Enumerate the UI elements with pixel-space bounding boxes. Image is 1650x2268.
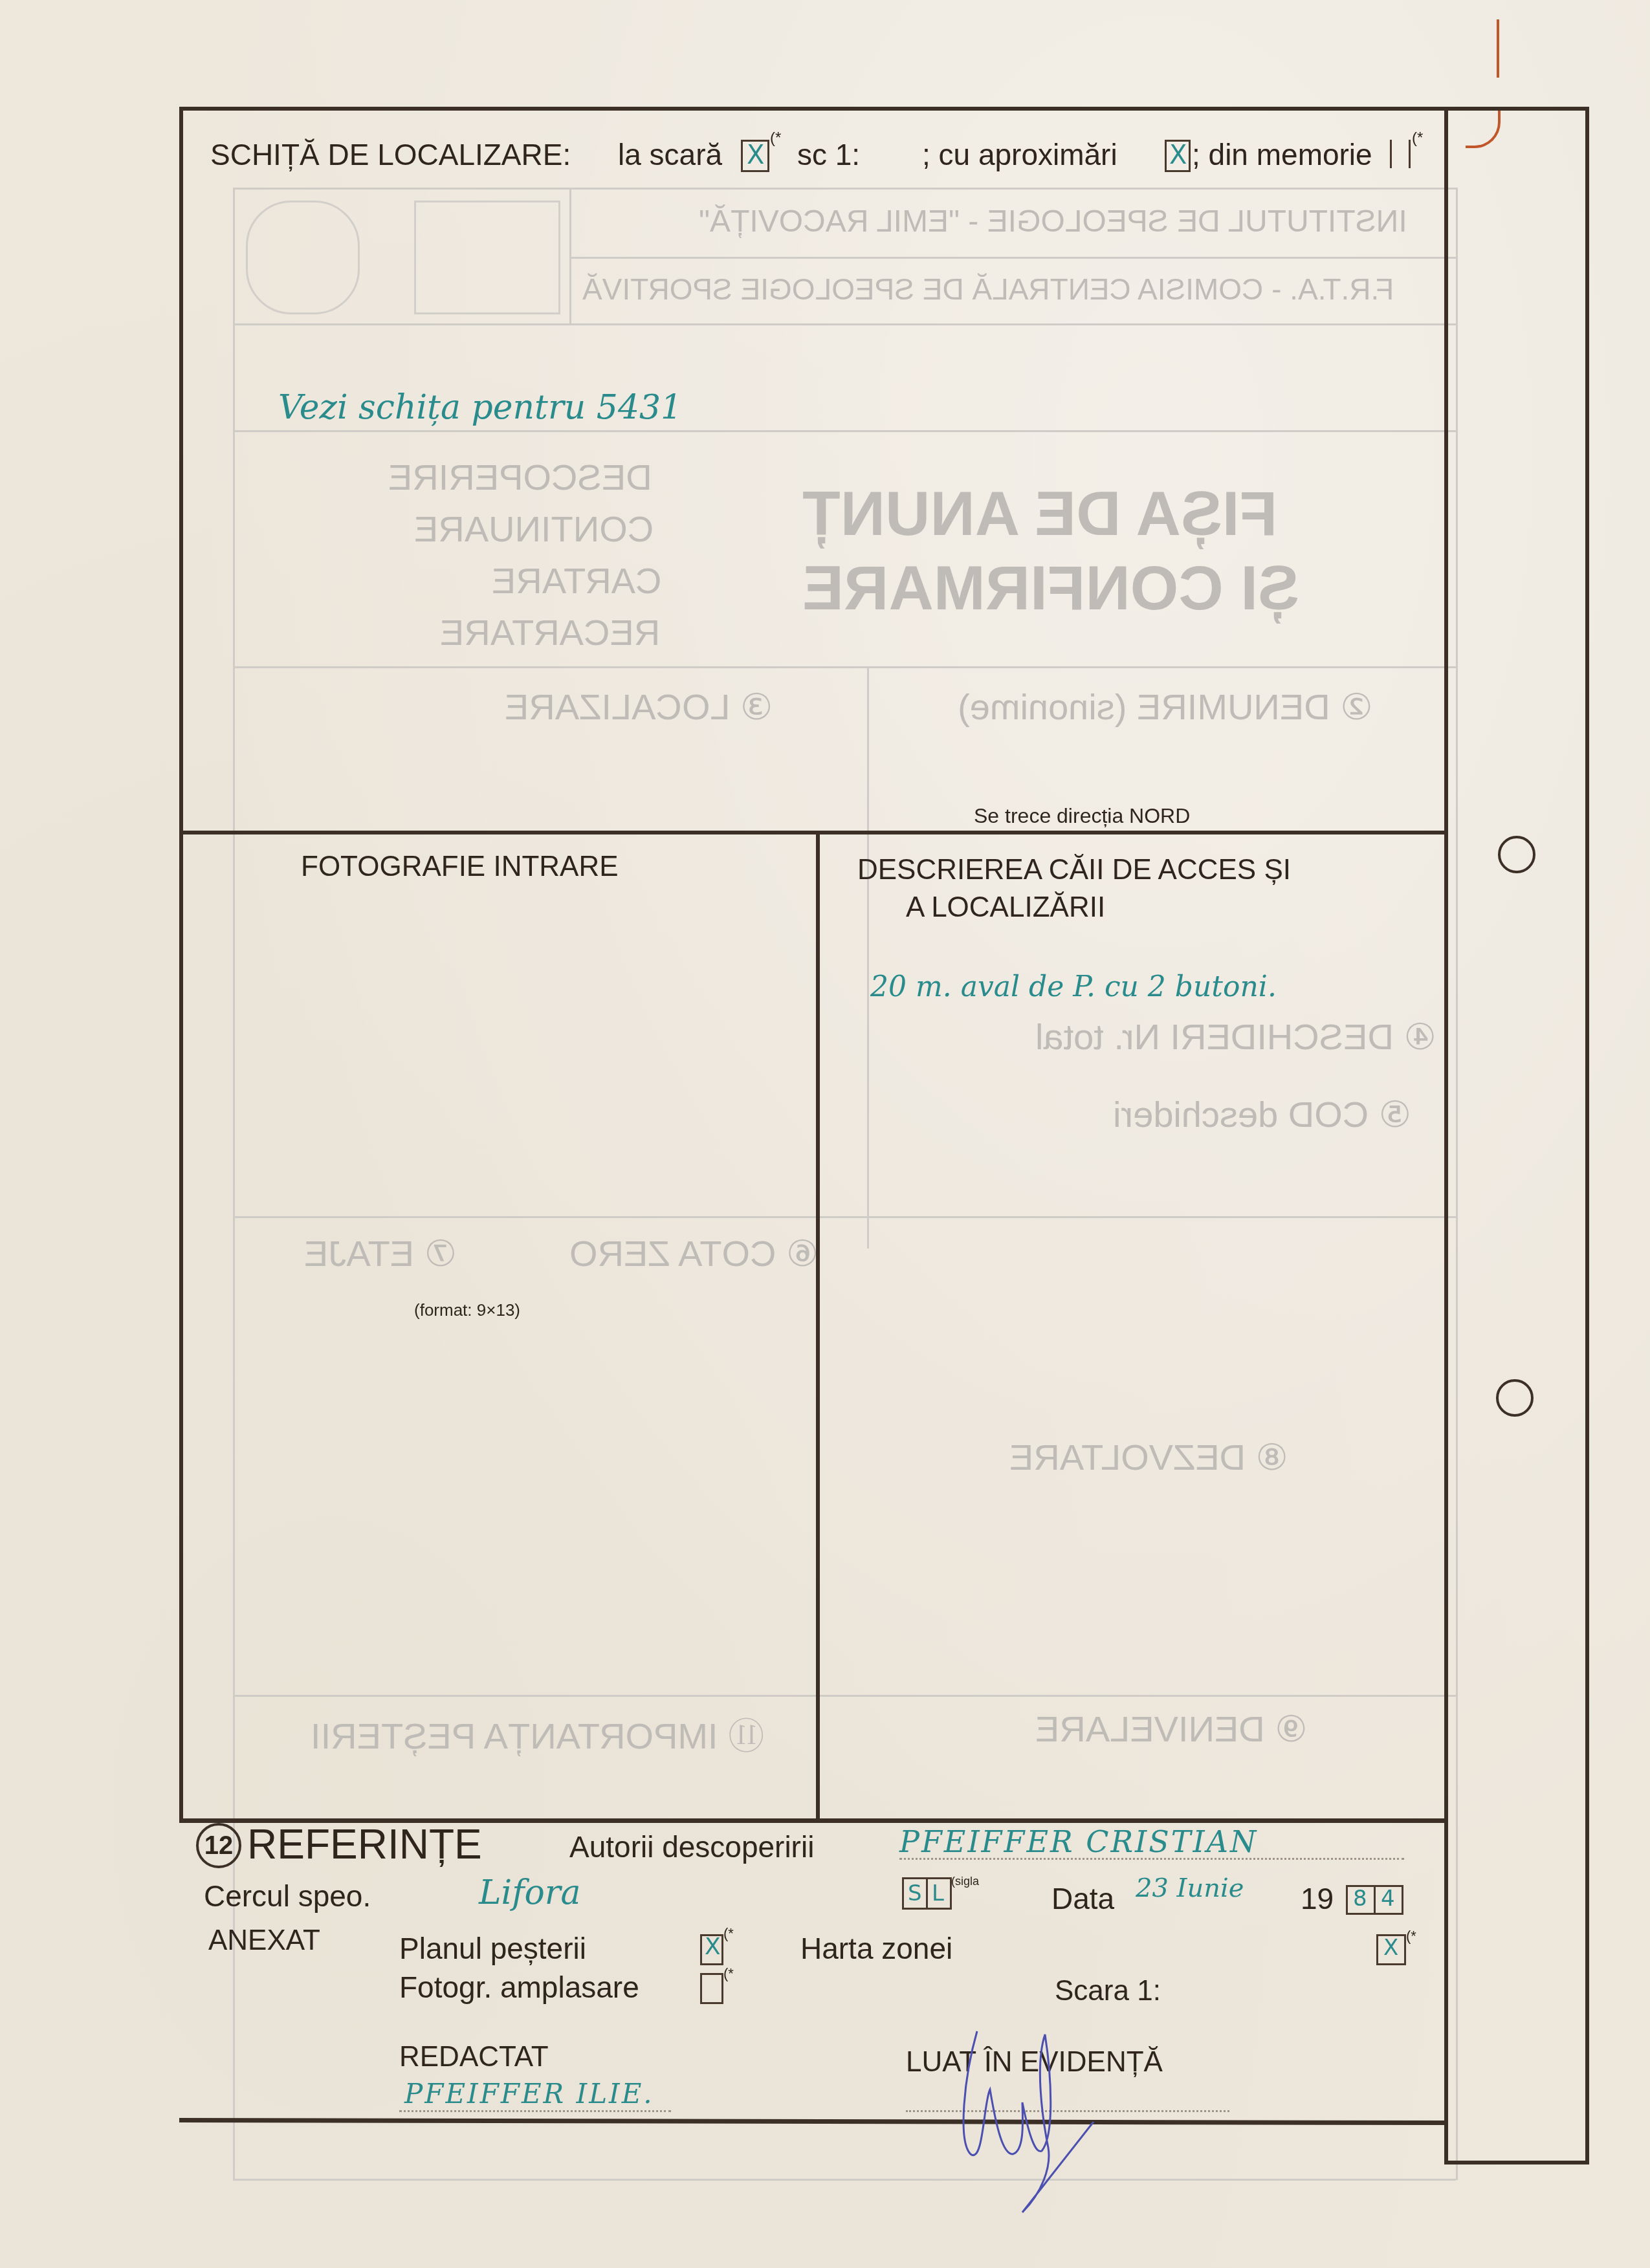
cave-plan-checkbox[interactable]: X [700,1934,723,1965]
bleed-rule [233,1695,1456,1697]
club-code-1: S [908,1881,922,1906]
bleed-rule [233,323,1456,325]
bleed-form-title-1: FIȘA DE ANUNȚ [802,479,1277,550]
photo-format-note: (format: 9×13) [414,1300,520,1320]
club-code-2: L [932,1881,944,1906]
bleed-option-2: CONTINUARE [414,508,654,550]
bleed-institute: INSTITUTUL DE SPEOLOGIE - "EMIL RACOVIȚĂ… [699,204,1407,239]
club-code-box-2[interactable]: L [926,1877,952,1910]
zone-map-check-mark: X [1383,1935,1398,1961]
bleed-rule [233,188,1456,190]
drafted-value: PFEIFFER ILIE. [404,2078,654,2110]
bleed-form-title-2: ȘI CONFIRMARE [802,553,1299,624]
approx-text: cu aproximări [939,138,1117,171]
memory-text: din memorie [1209,138,1372,171]
access-panel-title-line1: DESCRIEREA CĂII DE ACCES ȘI [857,854,1291,886]
superscript: (* [723,1965,734,1982]
section-number: 12 [204,1831,234,1860]
date-label: Data [1051,1881,1114,1916]
site-photo-label: Fotogr. amplasare [399,1970,639,2005]
bleed-stamp [246,201,360,314]
bleed-cota-zero: ⑥ COTA ZERO [569,1232,819,1275]
bleed-commission: F.R.T.A. - COMISIA CENTRALĂ DE SPEOLOGIE… [582,272,1394,307]
club-code-box-1[interactable]: S [902,1877,928,1910]
authors-value: PFEIFFER CRISTIAN [899,1824,1258,1859]
scale-label: Scara 1: [1055,1975,1161,2007]
club-value: Lifora [479,1873,581,1912]
superscript: (* [723,1925,734,1942]
year-digit-box-1[interactable]: 8 [1346,1885,1376,1915]
bleed-option-1: DESCOPERIRE [388,456,652,498]
year-digit-2: 4 [1381,1886,1395,1912]
sketch-handwritten-note: Vezi schița pentru 5431 [278,388,682,427]
signature-icon [945,2025,1165,2219]
access-handwritten-description: 20 m. aval de P. cu 2 butoni. [870,970,1277,1003]
memory-label: ; din memorie [1192,137,1372,172]
binder-hole-circle [1498,836,1535,873]
drafted-label: REDACTAT [399,2041,549,2073]
bleed-rule [569,188,571,323]
binder-hole-circle [1496,1379,1534,1417]
club-code-sup: (sigla [951,1875,979,1888]
date-value: 23 Iunie [1136,1873,1244,1903]
references-title: REFERINȚE [247,1820,482,1868]
bleed-etaje: ⑦ ETAJE [304,1232,457,1275]
zone-map-label: Harta zonei [800,1931,952,1966]
photo-panel-title: FOTOGRAFIE INTRARE [301,851,619,883]
year-digit-box-2[interactable]: 4 [1374,1885,1403,1915]
cave-plan-check-mark: X [705,1934,721,1960]
bleed-option-4: RECARTARE [440,611,660,653]
bleed-denumire: ② DENUMIRE (sinonime) [958,686,1372,728]
memory-checkbox[interactable] [1390,140,1411,168]
scale-check-mark: X [747,140,764,170]
annex-label: ANEXAT [208,1925,320,1957]
bleed-rule [233,1216,1456,1218]
authors-label: Autorii descoperirii [569,1829,814,1864]
cave-plan-label: Planul peșterii [399,1931,586,1966]
bleed-rule [1456,188,1458,2180]
zone-map-checkbox[interactable]: X [1376,1934,1406,1965]
approx-label: ; cu aproximări [922,137,1117,172]
bleed-rule [867,666,869,1248]
bleed-logo [414,201,560,314]
bleed-importanta: ⑪ IMPORTANȚA PEȘTERII [311,1708,764,1760]
approx-checkbox[interactable]: X [1165,140,1191,172]
bleed-option-3: CARTARE [492,560,661,602]
bleed-rule [569,257,1456,259]
authors-dotted-line [899,1858,1404,1860]
site-photo-checkbox[interactable] [700,1973,723,2004]
red-mark [1497,19,1499,78]
drafted-dotted-line [399,2110,671,2112]
superscript: (* [1412,129,1423,147]
year-digit-1: 8 [1353,1886,1367,1912]
scale-value-label: sc 1: [797,137,860,172]
bleed-denivelare: ⑨ DENIVELARE [1035,1708,1308,1750]
bleed-rule [233,666,1456,668]
bleed-deschideri: ④ DESCHIDERI Nr. total [1035,1016,1436,1058]
sketch-title: SCHIȚĂ DE LOCALIZARE: [210,137,571,172]
approx-check-mark: X [1169,140,1187,170]
bleed-localizare: ③ LOCALIZARE [505,686,773,728]
superscript: (* [770,129,781,147]
bleed-rule [233,430,1456,432]
club-label: Cercul speo. [204,1879,371,1914]
bleed-rule [233,2179,1456,2181]
year-prefix: 19 [1301,1881,1334,1916]
section-number-badge: 12 [196,1823,241,1868]
access-panel-title-line2: A LOCALIZĂRII [906,891,1105,924]
north-direction-note: Se trece direcția NORD [974,804,1190,828]
superscript: (* [1406,1928,1416,1945]
scale-label: la scară [618,137,722,172]
bleed-dezvoltare: ⑧ DEZVOLTARE [1009,1436,1288,1479]
scale-checkbox[interactable]: X [741,140,769,172]
bleed-cod-deschideri: ⑤ COD deschideri [1113,1093,1411,1136]
